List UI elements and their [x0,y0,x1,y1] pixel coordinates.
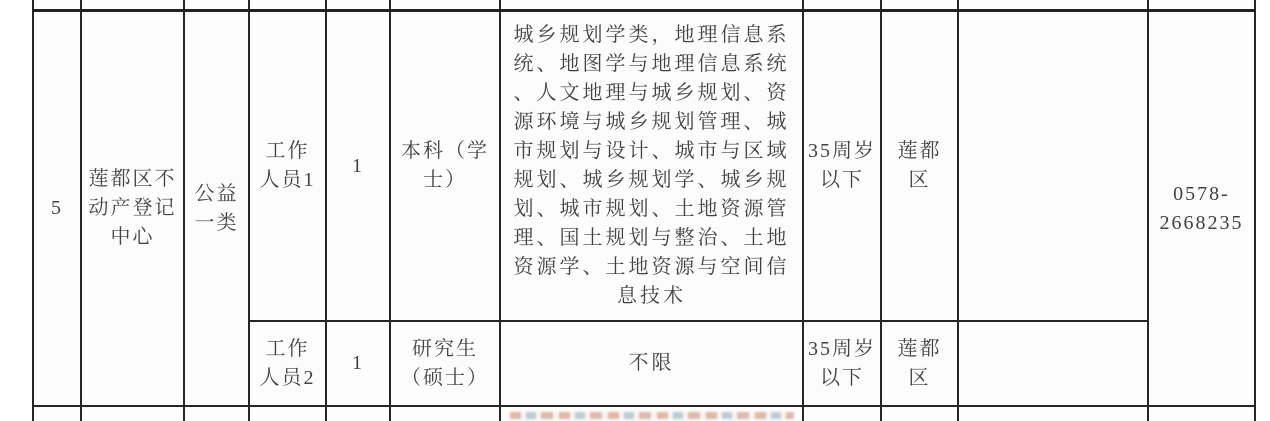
next-row-cell [249,406,326,421]
region: 莲都 区 [882,137,957,195]
prev-row-cell [33,0,81,11]
region-cell: 莲都 区 [881,11,958,322]
post-name-cell: 工作 人员1 [249,11,326,322]
next-row-cell [81,406,184,421]
major-requirements: 城乡规划学类，地理信息系 统、地图学与地理信息系统 、人文地理与城乡规划、资 源… [501,21,802,311]
headcount: 1 [327,152,389,181]
region-cell: 莲都 区 [881,321,958,406]
next-row-cell [803,406,881,421]
prev-row-cell [184,0,249,11]
prev-row-cell [881,0,958,11]
education-cell: 本科（学 士） [390,11,500,322]
prev-row-cell [249,0,326,11]
post-name-cell: 工作 人员2 [249,321,326,406]
serial-number: 5 [34,194,80,223]
next-row-cell [881,406,958,421]
prev-row-cell [326,0,390,11]
next-row-cell [1148,406,1255,421]
major-requirements-cell: 城乡规划学类，地理信息系 统、地图学与地理信息系统 、人文地理与城乡规划、资 源… [500,11,803,322]
next-row-clipped [33,406,1255,421]
post-name: 工作 人员1 [250,137,325,195]
recruitment-table: 5 莲都区不 动产登记 中心 公益 一类 工作 人员1 1 本科（学 士） 城乡… [32,0,1256,421]
contact-phone: 0578- 2668235 [1149,180,1254,238]
category-cell: 公益 一类 [184,11,249,407]
prev-row-cell [500,0,803,11]
education: 研究生 （硕士） [391,335,499,393]
post-name: 工作 人员2 [250,335,325,393]
clipped-text-tops [510,412,794,419]
next-row-cell [958,406,1148,421]
next-row-cell [500,406,803,421]
prev-row-cell [958,0,1148,11]
age-limit: 35周岁 以下 [804,335,880,393]
headcount: 1 [327,349,389,378]
education-cell: 研究生 （硕士） [390,321,500,406]
major-requirements: 不限 [501,349,802,378]
age-limit-cell: 35周岁 以下 [803,321,881,406]
education: 本科（学 士） [391,137,499,195]
next-row-cell [390,406,500,421]
note-cell [958,11,1148,322]
prev-row-cell [81,0,184,11]
next-row-cell [33,406,81,421]
prev-row-cell [1148,0,1255,11]
contact-phone-cell: 0578- 2668235 [1148,11,1255,407]
headcount-cell: 1 [326,11,390,322]
unit-name-cell: 莲都区不 动产登记 中心 [81,11,184,407]
previous-row-clipped [33,0,1255,11]
unit-name: 莲都区不 动产登记 中心 [82,165,183,252]
serial-number-cell: 5 [33,11,81,407]
headcount-cell: 1 [326,321,390,406]
region: 莲都 区 [882,335,957,393]
age-limit: 35周岁 以下 [804,137,880,195]
note-cell [958,321,1148,406]
major-requirements-cell: 不限 [500,321,803,406]
category: 公益 一类 [185,180,248,238]
prev-row-cell [390,0,500,11]
table-row-position-1: 5 莲都区不 动产登记 中心 公益 一类 工作 人员1 1 本科（学 士） 城乡… [33,11,1255,322]
age-limit-cell: 35周岁 以下 [803,11,881,322]
prev-row-cell [803,0,881,11]
next-row-cell [184,406,249,421]
document-page: 5 莲都区不 动产登记 中心 公益 一类 工作 人员1 1 本科（学 士） 城乡… [0,0,1270,421]
next-row-cell [326,406,390,421]
